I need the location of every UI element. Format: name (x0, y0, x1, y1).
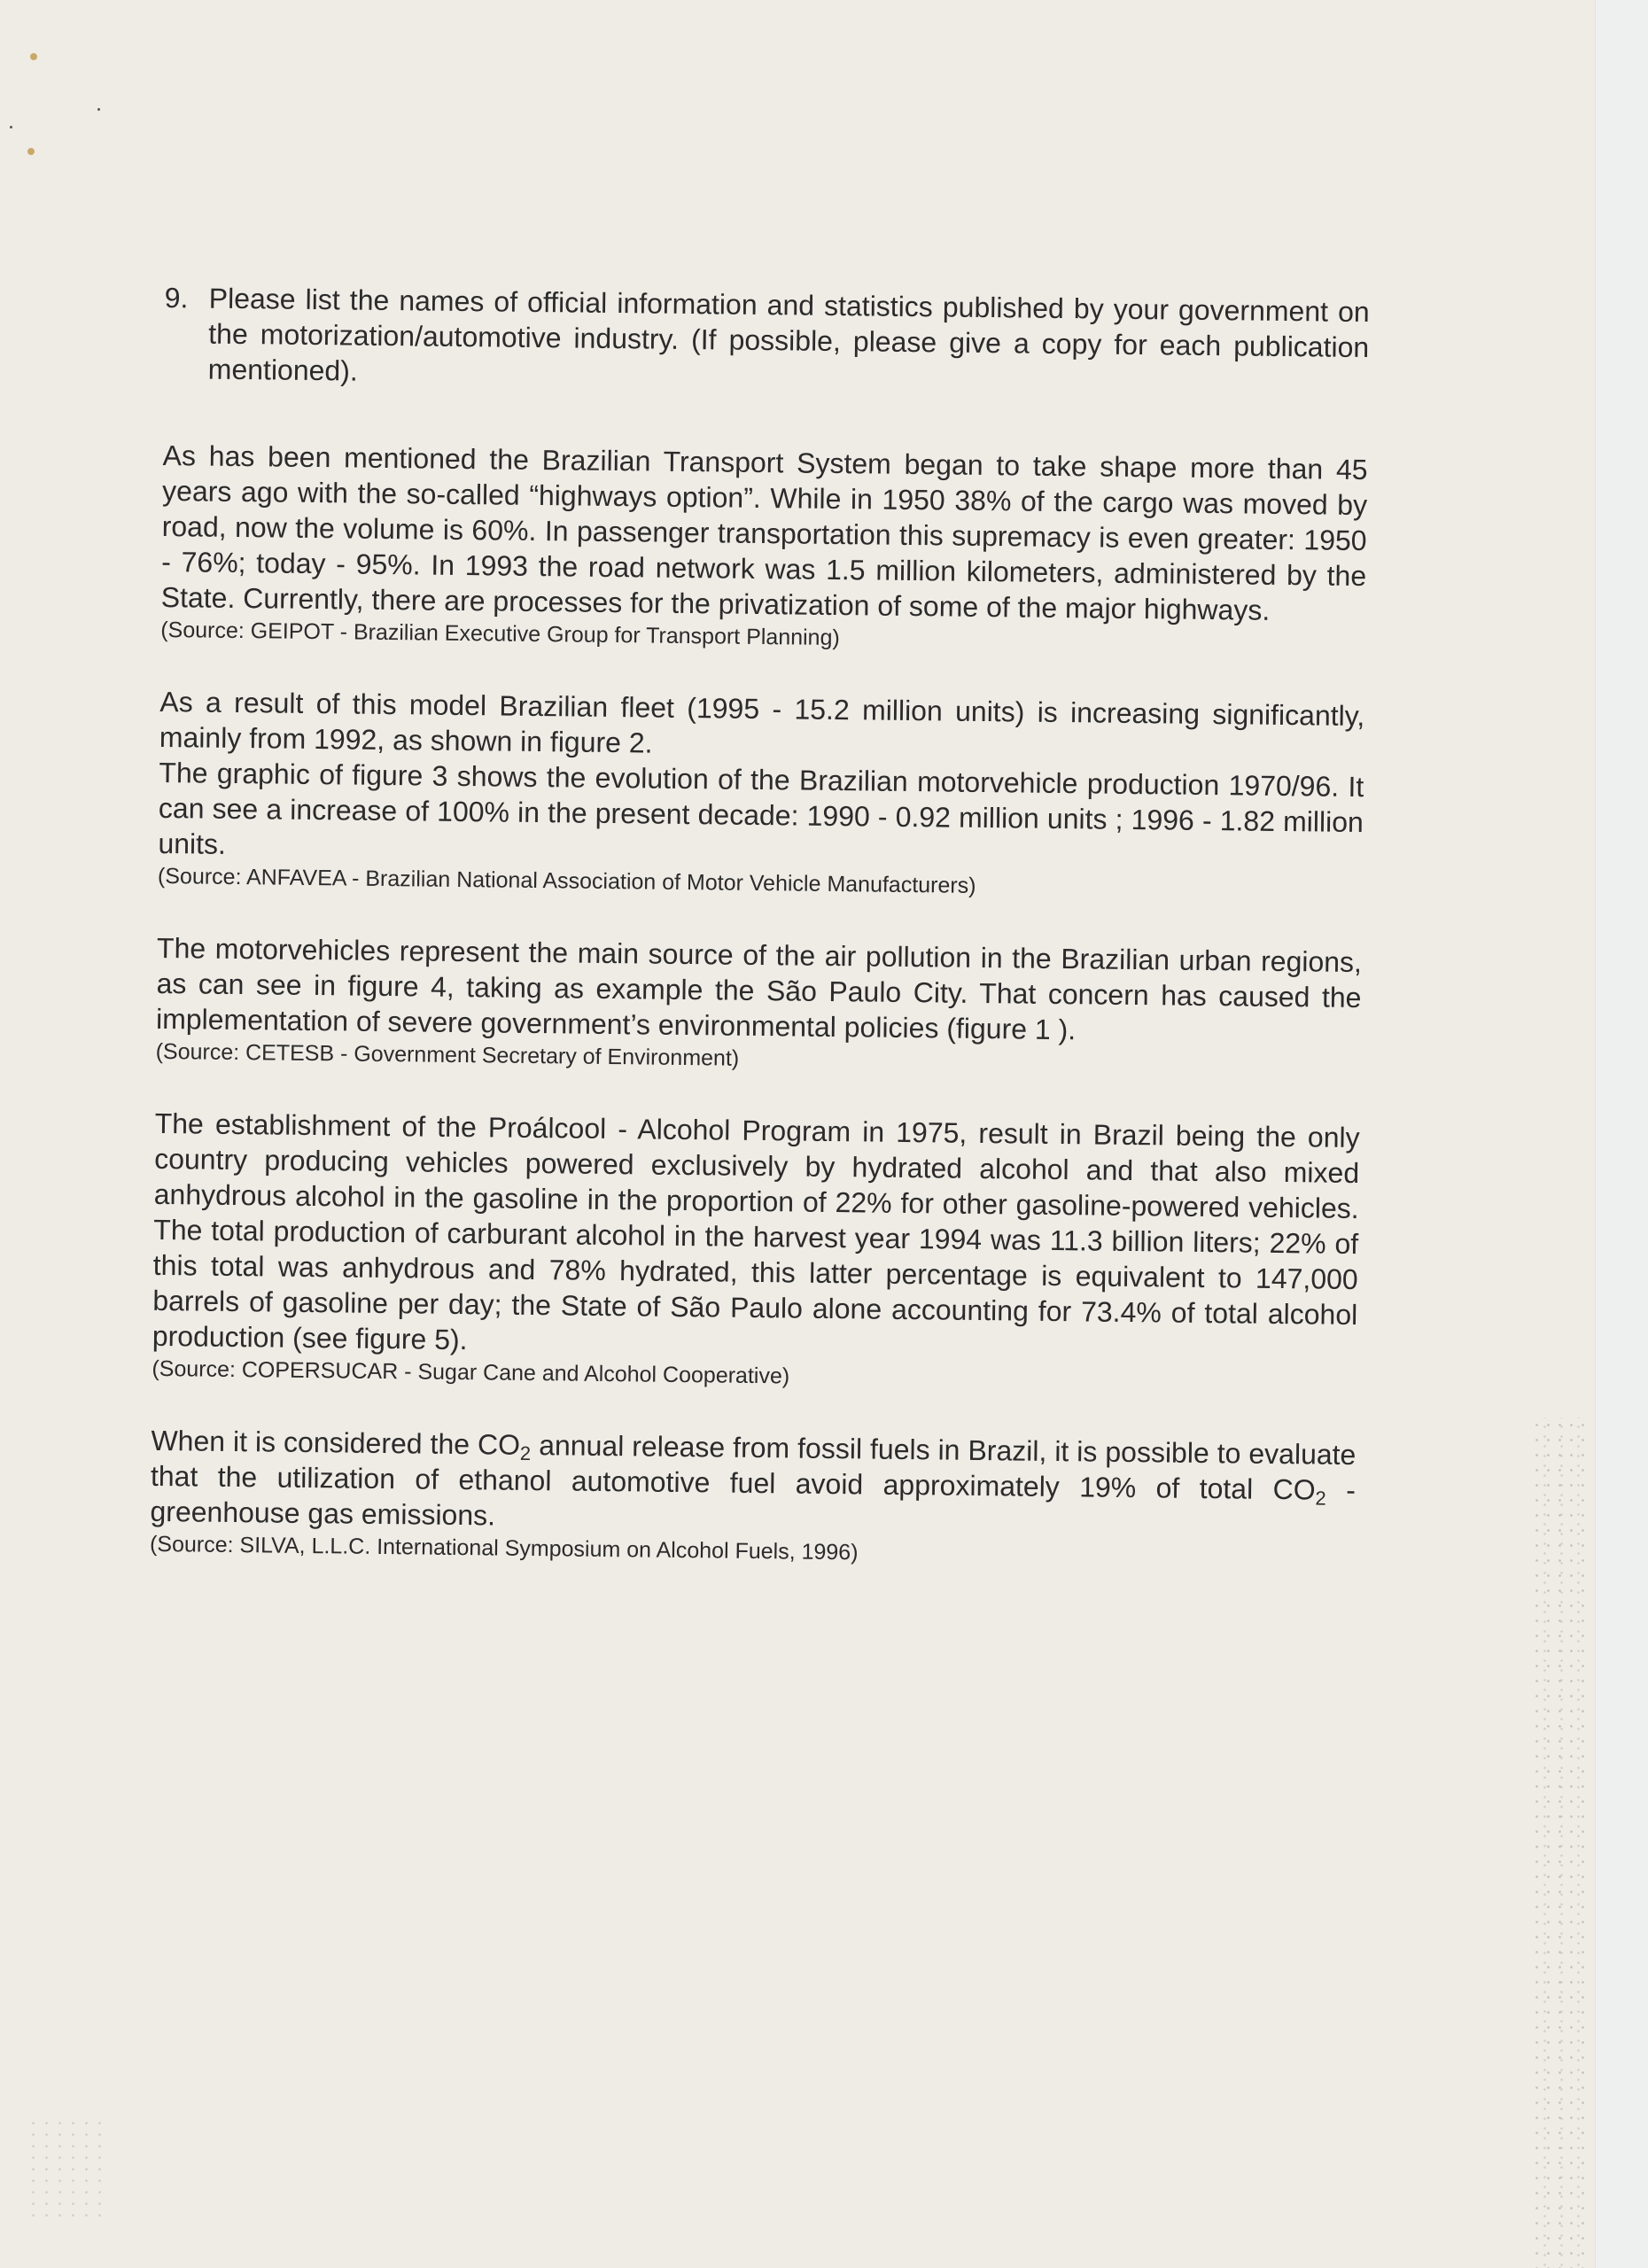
punch-hole-mark (30, 53, 37, 60)
scanned-page: 9.Please list the names of official info… (0, 0, 1595, 2268)
paragraph: The graphic of figure 3 shows the evolut… (158, 755, 1364, 875)
section-proalcool: The establishment of the Proálcool - Alc… (152, 1106, 1360, 1398)
paragraph: The motorvehicles represent the main sou… (156, 930, 1362, 1051)
text-run: When it is considered the CO (151, 1425, 520, 1461)
document-body: 9.Please list the names of official info… (149, 280, 1370, 1612)
subscript: 2 (1315, 1487, 1326, 1510)
question-text: Please list the names of official inform… (208, 283, 1370, 387)
subscript: 2 (520, 1442, 532, 1464)
section-fleet-production: As a result of this model Brazilian flee… (158, 684, 1365, 905)
question-number: 9. (165, 280, 209, 316)
dust-speck (10, 126, 12, 128)
section-transport-system: As has been mentioned the Brazilian Tran… (160, 438, 1368, 659)
paragraph: As has been mentioned the Brazilian Tran… (161, 438, 1368, 629)
dust-speck (97, 108, 100, 111)
question-9: 9.Please list the names of official info… (164, 280, 1370, 400)
paragraph: The establishment of the Proálcool - Alc… (152, 1106, 1360, 1368)
punch-hole-mark (27, 148, 35, 155)
section-air-pollution: The motorvehicles represent the main sou… (155, 930, 1362, 1081)
scan-noise-corner (27, 2117, 106, 2224)
section-co2-emissions: When it is considered the CO2 annual rel… (150, 1423, 1356, 1573)
paragraph: When it is considered the CO2 annual rel… (150, 1423, 1356, 1543)
scan-noise-strip (1531, 1417, 1586, 2268)
